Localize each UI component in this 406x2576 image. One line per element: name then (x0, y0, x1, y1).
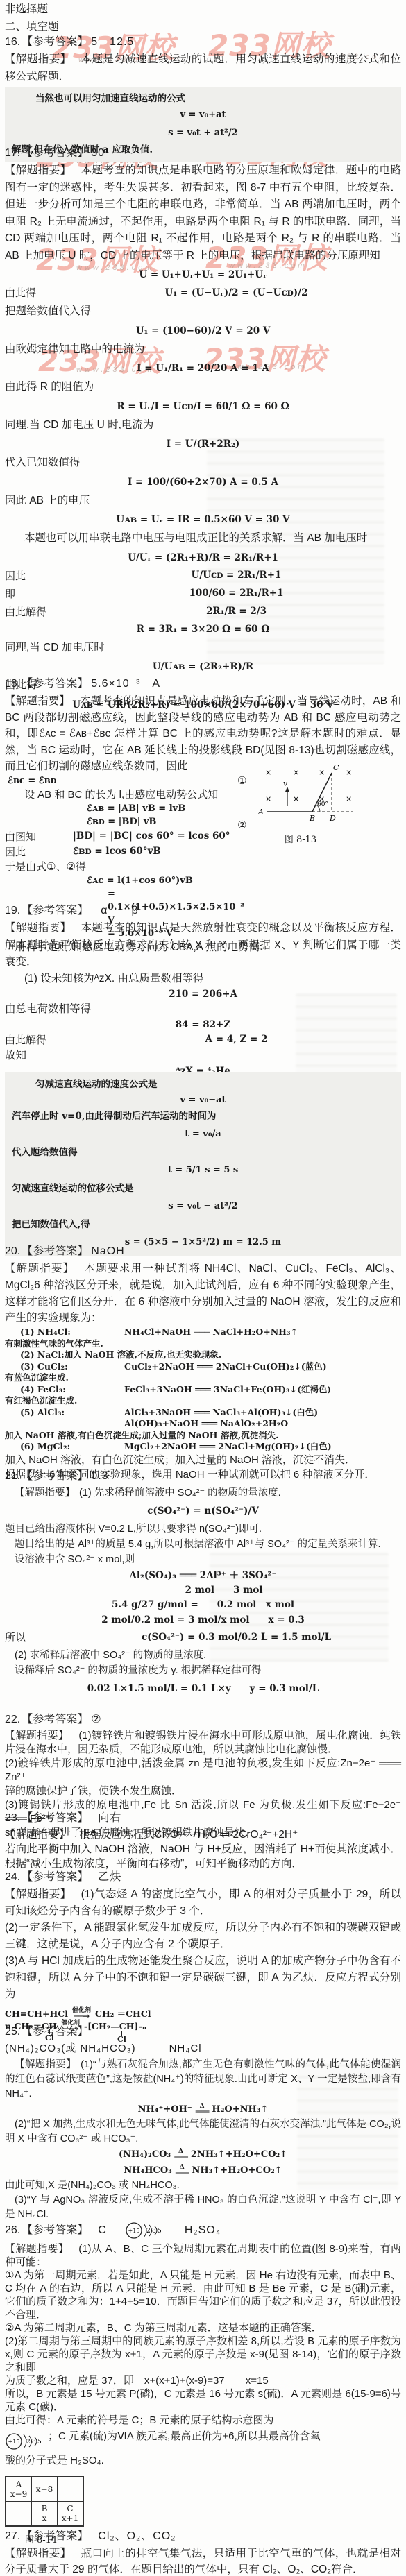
element-number: x−8 (33, 2484, 56, 2494)
section-q21: 21.【参考答案】0.3 【解题指要】(1) 先求稀释前溶液中 SO₄²⁻ 的物… (5, 1469, 401, 1699)
q22-guide: 【解题指要】(1)镀锌铁片和镀锡铁片浸在海水中可形成原电池，属电化腐蚀．纯铁片浸… (5, 1729, 401, 1757)
field-cross-icon: × (319, 768, 325, 777)
q21-text: 题目已给出溶液体积 V=0.2 L,所以只要求得 n(SO₄²⁻)即可. (5, 1521, 401, 1537)
formula: 100/60 = 2R₁/R+1 (71, 587, 401, 599)
answer-value: ② (91, 1714, 101, 1725)
shell-electrons: 8 (152, 2228, 156, 2235)
chem-equation: MgCl₂+2NaOH ═══ 2NaCl+Mg(OH)₂↓(白色) (124, 1441, 401, 1453)
answer-label: 【参考答案】 (22, 147, 88, 159)
formula: s = v₀t − at²/2 (12, 1197, 394, 1216)
q26-text: ②A 为第二周期元素，B、C 为第三周期元素．这是本题的正确答案． (5, 2321, 401, 2335)
species-label: (5) AlCl₃: (5, 1407, 124, 1419)
formula: U/Uᴀʙ = (2R₂+R)/R (5, 660, 401, 673)
guide-label: 【解题指要】 (5, 2243, 69, 2255)
formula: 0.02 L×1.5 mol/L = 0.1 L×y y = 0.3 mol/L (5, 1682, 401, 1695)
element-label: A (8, 2480, 30, 2489)
formula: t = 5/1 s = 5 s (12, 1161, 394, 1180)
equation-number-1: ① (237, 774, 246, 787)
q17-text: 同理,当 CD 加电压 U 时,电流为 (5, 417, 401, 434)
formula: ℰʙᴅ = lcos 60°vB (73, 845, 239, 858)
question-number: 16. (5, 36, 20, 48)
q17-text: 把题给数值代入得 (5, 303, 401, 321)
q21-text: (2) 求稀释后溶液中 SO₄²⁻ 的物质的量浓度. (5, 1648, 401, 1663)
q26-answer-line: 26.【参考答案】 C +15 2 8 5 H₂SO₄ (5, 2220, 401, 2241)
q27-guide: 【解题指要】瓶口向上的排空气集气法，只适用于比空气重的气体，也就是相对分子质量大… (5, 2545, 401, 2576)
answer-value: 5.6×10⁻³ A (91, 678, 160, 690)
q17-text: 同理,当 CD 加电压时 (5, 640, 401, 657)
formula: ℰʙᴅ = |BD| vB (5, 815, 239, 828)
rhs: NH₃↑+H₂O+CO₂↑ (192, 2163, 282, 2178)
answer-label: 【参考答案】 (22, 2223, 88, 2238)
q21-text: 设溶液中含 SO₄²⁻ x mol,则 (5, 1552, 401, 1567)
q17-answer-line: 17.【参考答案】30 (5, 146, 401, 161)
formula: I = U₁/R₁ = 20/20 A = 1 A (5, 362, 401, 375)
q19-text: 由总电荷数相等得 (5, 1002, 401, 1017)
formula: ℰᴀᴄ = l(1+cos 60°)vB (5, 874, 239, 887)
chem-equation: Al(OH)₃+NaOH ═══ NaAlO₂+2H₂O (5, 1418, 401, 1430)
stoichiometry-line: 5.4 g/27 g/mol = 0.2 mol x mol (5, 1598, 401, 1611)
delta-equals: Δ═══ (174, 2149, 187, 2160)
formula: U = U₁+Uᵣ+U₁ = 2U₁+Uᵣ (5, 268, 401, 281)
point-D-label: D (329, 814, 336, 823)
fig-8-13-diagram: × × × × × × × × v A B C D 60° (248, 763, 404, 827)
section-q19: 19.【参考答案】α β 【解题指要】本题考查的知识点是天然放射性衰变的概念以及… (5, 903, 401, 1092)
reaction-1: CH≡CH+HCl 催化剂──→ CH₂ ＝CHCl (5, 2007, 401, 2020)
box-text: 把已知数值代入,得 (12, 1216, 394, 1233)
answer-value: 0.3 (91, 1470, 108, 1482)
q18-text: 于是由式①、②得 (5, 860, 239, 874)
chem-equation: NH₄HCO₃ Δ═══ NH₃↑+H₂O+CO₂↑ (5, 2163, 401, 2178)
section-q24: 24.【参考答案】乙炔 【解题指要】(1)气态烃 A 的密度比空气小，即 A 的… (5, 1870, 401, 2050)
shell-electrons: 2 (26, 2439, 31, 2446)
q25-text: (3)“Y 与 AgNO₃ 溶液反应,生成不溶于稀 HNO₃ 的白色沉淀.”这说… (5, 2193, 401, 2222)
q18-text: 设 AB 和 BC 的长为 l,由感应电动势公式知 (5, 787, 239, 802)
q19-text: 故知 (5, 1048, 401, 1064)
formula-label: 由此解得 (5, 604, 71, 619)
q23-text: 若向此平衡中加入 NaOH 溶液，NaOH 与 H+反应，因消耗了 H+而使其浓… (5, 1842, 401, 1871)
question-number: 27. (5, 2530, 20, 2542)
formula: t = v₀/a (12, 1125, 394, 1144)
section-q27: 27.【参考答案】Cl₂、O₂、CO₂ 【解题指要】瓶口向上的排空气集气法，只适… (5, 2529, 401, 2576)
question-number: 26. (5, 2223, 20, 2238)
labeled-formula: 所以c(SO₄²⁻) = 0.3 mol/0.2 L = 1.5 mol/L (5, 1630, 401, 1644)
answer-label: 【参考答案】 (22, 1714, 88, 1725)
point-B-label: B (309, 814, 315, 823)
guide-text: (1) 先求稀释前溶液中 SO₄²⁻ 的物质的量浓度. (79, 1487, 281, 1499)
labeled-formula: 由此解得A = 4, Z = 2 (5, 1032, 401, 1047)
cell-B: Bx (32, 2502, 58, 2527)
field-cross-icon: × (293, 768, 299, 777)
field-cross-icon: × (346, 768, 352, 777)
formula: U₁ = (U−Uᵣ)/2 = (U−Uᴄᴅ)/2 (71, 287, 401, 299)
formula-label: 因此 (5, 844, 73, 859)
formula-label: 由此解得 (5, 1032, 71, 1047)
formula: U/Uᵣ = (2R₁+R)/R = 2R₁/R+1 (5, 552, 401, 564)
formula: ℰʙᴄ = ℰʙᴅ (5, 775, 239, 787)
section-q26: 26.【参考答案】 C +15 2 8 5 H₂SO₄ 【解题指要】(1)从 A… (5, 2220, 401, 2545)
labeled-formula: 因此ℰʙᴅ = lcos 60°vB (5, 844, 239, 859)
answer-value: NaOH (91, 1245, 124, 1257)
box-text: 当然也可以用匀加速直线运动的公式 (12, 91, 394, 106)
doc-subheading: 二、填空题 (5, 19, 401, 36)
formula: U₁ = (100−60)/2 V = 20 V (5, 325, 401, 337)
delta-equals: Δ═══ (196, 2104, 209, 2115)
nucleus-charge: +15 (8, 2439, 20, 2445)
cell-x8: x−8 (32, 2477, 58, 2502)
q17-text: 由此得 R 的阻值为 (5, 379, 401, 396)
answer-label: 【参考答案】 (22, 1871, 88, 1883)
guide-text: 根据反应方程式Cr₂O₇²⁻+H₂O ⇌ 2CrO₄²⁻+2H⁺ (79, 1829, 298, 1841)
q17-text: 代入已知数值得 (5, 454, 401, 472)
chem-equation: CuCl₂+2NaOH ═══ 2NaCl+Cu(OH)₂↓(蓝色) (124, 1361, 401, 1373)
shell-electrons: 2 (146, 2228, 151, 2235)
formula: v = v₀+at (12, 106, 394, 124)
observation: 有刺激性气味的气体产生. (5, 1338, 401, 1350)
observation: 有蓝色沉淀生成. (5, 1372, 401, 1384)
cell-C: Cx+1 (58, 2502, 84, 2527)
point-A-label: A (257, 808, 264, 817)
chem-equation: Al₂(SO₄)₃ ═══ 2Al³⁺ ＋ 3SO₄²⁻ (5, 1569, 401, 1582)
q26-text: 为质子数之和，应是 37．即 x+(x+1)+(x-9)=37 x=15 (5, 2374, 401, 2387)
answer-value: 30 (91, 147, 105, 159)
observation: 有红褐色沉淀生成. (5, 1395, 401, 1407)
field-cross-icon: × (265, 794, 271, 803)
q24-text: (3)A 与 HCl 加成后的生成物还能发生聚合反应，说明 A 的加成产物分子中… (5, 1953, 401, 2003)
q21-guide: 【解题指要】(1) 先求稀释前溶液中 SO₄²⁻ 的物质的量浓度. (5, 1485, 401, 1501)
formula: c(SO₄²⁻) = 0.3 mol/0.2 L = 1.5 mol/L (71, 1631, 401, 1644)
field-cross-icon: × (293, 794, 299, 803)
q20-item: (4) FeCl₃:FeCl₃+3NaOH ═══ 3NaCl+Fe(OH)₃↓… (5, 1384, 401, 1396)
rhs: 2NH₃↑+H₂O+CO₂↑ (191, 2147, 287, 2163)
q25-answer-line: 25.【参考答案】 (5, 2024, 401, 2040)
field-cross-icon: × (265, 768, 271, 777)
answer-value: α β (101, 905, 138, 916)
q22-text: (2)镀锌铁片形成的原电池中,活泼金属 zn 是电池的负极,发生如下反应:Zn−… (5, 1757, 401, 1784)
q26-text: (2)第二周期与第三周期中的同族元素的原子序数相差 8,所以,若设 B 元素的原… (5, 2335, 401, 2374)
q17-text: 本题也可以用串联电路中电压与电阻成正比的关系求解．当 AB 加电压时 (5, 530, 401, 547)
labeled-formula: 由图知|BD| = |BC| cos 60° = lcos 60° (5, 829, 239, 844)
guide-label: 【解题指要】 (5, 922, 71, 934)
formula: s = v₀t + at²/2 (12, 124, 394, 142)
answer-value: Cl₂、O₂、CO₂ (98, 2530, 176, 2542)
q20-item: (6) MgCl₂:MgCl₂+2NaOH ═══ 2NaCl+Mg(OH)₂↓… (5, 1441, 401, 1453)
answer-label: 【参考答案】 (22, 1470, 88, 1482)
q24-guide: 【解题指要】(1)气态烃 A 的密度比空气小，即 A 的相对分子质量小于 29，… (5, 1886, 401, 1920)
atom-structure-diagram: +15 2 8 5 (125, 2219, 165, 2242)
section-header: 非选择题 二、填空题 (5, 1, 401, 35)
question-number: 21. (5, 1470, 20, 1482)
answer-value: 乙炔 (98, 1871, 121, 1883)
field-cross-icon: × (346, 794, 352, 803)
question-number: 25. (5, 2026, 20, 2038)
answer-label: 【参考答案】 (22, 36, 88, 48)
guide-label: 【解题指要】 (5, 164, 71, 176)
box-text: 代入题给数值得 (12, 1144, 394, 1161)
formula: R = Uᵣ/I = Uᴄᴅ/I = 60/1 Ω = 60 Ω (5, 400, 401, 413)
q20-guide: 【解题指要】本题要求用一种试剂将 NH4Cl、NaCl、CuCl₂、FeCl₃、… (5, 1261, 401, 1327)
formula: A = 4, Z = 2 (71, 1033, 401, 1046)
chem-equation: FeCl₃+3NaOH ═══ 3NaCl+Fe(OH)₃↓(红褐色) (124, 1384, 401, 1396)
q18-answer-line: 18.【参考答案】5.6×10⁻³ A (5, 676, 401, 692)
doc-heading: 非选择题 (5, 1, 401, 19)
chem-equation: NH₄⁺+OH⁻ Δ═══ H₂O+NH₃↑ (5, 2101, 401, 2117)
guide-label: 【解题指要】 (15, 1487, 75, 1499)
q25-guide: 【解题指要】(1)“与熟石灰混合加热,都产生无色有刺激性气味的气体,此气体能使湿… (5, 2058, 401, 2101)
formula: I = 100/(60+2×70) A = 0.5 A (5, 476, 401, 488)
equals-bar: ═══ (176, 2170, 189, 2176)
guide-label: 【解题指要】 (5, 695, 70, 707)
q25-text: 由此可知,X 是(NH₄)₂CO₃ 或 NH₄HCO₃. (5, 2178, 401, 2193)
q17-guide: 【解题指要】本题考查的知识点是串联电路的分压原理和欧姆定律．题中的电路图有一定的… (5, 162, 401, 264)
formula: c(SO₄²⁻) = n(SO₄²⁻)/V (5, 1505, 401, 1517)
equals-bar: ═══ (196, 2109, 209, 2115)
question-number: 22. (5, 1714, 20, 1725)
formula: 210 = 206+A (5, 988, 401, 1000)
section-q16: 16.【参考答案】5 12.5 【解题指要】本题是匀减速直线运动的试题．用匀减速… (5, 35, 401, 162)
q26-guide: 【解题指要】(1)从 A、B、C 三个短周期元素在周期表中的位置(图 8-9)来… (5, 2242, 401, 2269)
q18-guide: 【解题指要】本题考查的知识点是感应电动势和右手定则．当导线运动时，AB 和 BC… (5, 693, 401, 775)
q25-answer-values: (NH₄)₂CO₃(或 NH₄HCO₃) NH₄Cl (5, 2041, 401, 2056)
shell-electrons: 5 (158, 2228, 162, 2235)
q26-text: 酸的分子式是 H₂SO₄. (5, 2453, 401, 2468)
observation: 加入 NaOH 溶液，有白色沉淀生成；加入过量的 NaOH 溶液，沉淀不消失． (5, 1453, 401, 1467)
q20-item: (1) NH₄Cl:NH₄Cl+NaOH ═══ NaCl+H₂O+NH₃↑ (5, 1327, 401, 1338)
q26-text: 由此可得：A 元素的符号是 C；B 元素的原子结构示意图为 (5, 2414, 401, 2427)
point-C-label: C (333, 763, 339, 772)
labeled-formula: 由此解得2R₁/R = 2/3 (5, 604, 401, 619)
labeled-formula: 由此得U₁ = (U−Uᵣ)/2 = (U−Uᴄᴅ)/2 (5, 285, 401, 300)
box-text: 匀减速直线运动的位移公式是 (12, 1180, 394, 1197)
shell-electrons: 8 (32, 2439, 36, 2446)
formula-label: 所以 (5, 1630, 71, 1644)
page: 233网校 233网校 www.233.com www.233.com 233网… (0, 0, 406, 2576)
formula: R = 3R₁ = 3×20 Ω = 60 Ω (5, 623, 401, 636)
q21-text: 设稀释后 SO₄²⁻ 的物质的量浓度为 y. 根据稀释定律可得 (5, 1663, 401, 1678)
q20-item: (5) AlCl₃:AlCl₃+3NaOH ═══ NaCl₃+Al(OH)₃↓… (5, 1407, 401, 1419)
q26-atom-row: +15 2 8 5 ；C 元素(硫)为ⅥA 族元素,最高正价为+6,所以其最高价… (5, 2430, 401, 2453)
q22-text: 锌的腐蚀保护了铁，使铁不发生腐蚀． (5, 1784, 401, 1798)
cell-empty (6, 2502, 32, 2527)
cell-empty (58, 2477, 84, 2502)
answer-label: 【参考答案】 (22, 1245, 88, 1257)
section-q23: 23.【参考答案】向右 【解题指要】根据反应方程式Cr₂O₇²⁻+H₂O ⇌ 2… (5, 1811, 401, 1871)
q23-answer-line: 23.【参考答案】向右 (5, 1811, 401, 1826)
q16-guide: 【解题指要】本题是匀减速直线运动的试题．用匀减速直线运动的速度公式和位移公式解题… (5, 51, 401, 85)
q20-item: (3) CuCl₂:CuCl₂+2NaOH ═══ 2NaCl+Cu(OH)₂↓… (5, 1361, 401, 1373)
question-number: 20. (5, 1245, 20, 1257)
q24-answer-line: 24.【参考答案】乙炔 (5, 1870, 401, 1885)
rhs: H₂O+NH₃↑ (212, 2101, 268, 2117)
answer-value: 5 12.5 (91, 36, 134, 48)
species-label: (3) CuCl₂: (5, 1361, 124, 1373)
q17-text: 由欧姆定律知电路中的电流为 (5, 341, 401, 359)
arrow-icon: ──→ (74, 2013, 90, 2020)
atom-structure-diagram: +15 2 8 5 (5, 2430, 45, 2453)
fig-8-13: × × × × × × × × v A B C D 60° 图 8-13 (248, 763, 404, 845)
q19-text: (1) 设未知核为ᴬᴢX. 由总质量数相等得 (5, 971, 401, 987)
section-q17: 17.【参考答案】30 【解题指要】本题考查的知识点是串联电路的分压原理和欧姆定… (5, 146, 401, 715)
species-label: (6) MgCl₂: (5, 1441, 124, 1453)
question-number: 19. (5, 905, 20, 916)
answer-label: 【参考答案】 (22, 2530, 88, 2542)
formula: ℰᴀʙ = |AB| vB = lvB (5, 802, 239, 815)
q27-answer-line: 27.【参考答案】Cl₂、O₂、CO₂ (5, 2529, 401, 2544)
labeled-formula: 即100/60 = 2R₁/R+1 (5, 586, 401, 601)
section-q20: 20.【参考答案】NaOH 【解题指要】本题要求用一种试剂将 NH4Cl、NaC… (5, 1244, 401, 1482)
q26-text: 所以，B 元素是 15 号元素 P(磷)，C 元素是 16 号元素 s(硫)．A… (5, 2387, 401, 2414)
q25-text: (2)“把 X 加热,生成水和无色无味气体,此气体能使澄清的石灰水变浑浊.”此气… (5, 2117, 401, 2147)
formula-label: 由此得 (5, 285, 71, 300)
question-number: 18. (5, 678, 20, 690)
box-text: 匀减速直线运动的速度公式是 (12, 1076, 394, 1093)
element-label: C (59, 2504, 81, 2514)
shell-electrons: 5 (37, 2439, 42, 2446)
q19-scan-box: 匀减速直线运动的速度公式是 v = v₀−at 汽车停止时 v=0,由此得制动后… (5, 1072, 401, 1256)
formula-label: 因此 (5, 568, 71, 583)
guide-label: 【解题指要】 (5, 1730, 69, 1741)
stoichiometry-line: 2 mol 3 mol (5, 1584, 401, 1596)
lhs: NH₄HCO₃ (124, 2163, 172, 2178)
fig-8-13-caption: 图 8-13 (248, 832, 353, 845)
formula: I = U/(R+2R₂) (5, 438, 401, 450)
formula-label: 即 (5, 586, 71, 601)
lhs: (NH₄)₂CO₃ (119, 2147, 171, 2163)
answer-value: (NH₄)₂CO₃(或 NH₄HCO₃) NH₄Cl (5, 2042, 202, 2054)
q19-guide: 【解题指要】本题考查的知识点是天然放射性衰变的概念以及平衡核反应方程．解本题时先… (5, 920, 401, 971)
product: CH₂ ＝CHCl (95, 2007, 151, 2020)
element-label: B (33, 2504, 56, 2514)
lhs: NH₄⁺+OH⁻ (138, 2101, 192, 2117)
formula: v = v₀−at (12, 1093, 394, 1108)
cell-A: Ax−9 (6, 2477, 32, 2502)
question-number: 24. (5, 1871, 20, 1883)
q24-text: (2)一定条件下，A 能跟氯化氢发生加成反应，所以分子内必有不饱和的碳碳双键或三… (5, 1920, 401, 1953)
element-number: x+1 (59, 2514, 81, 2523)
guide-label: 【解题指要】 (5, 1829, 69, 1841)
stoichiometry-line: 2 mol/0.2 mol = 3 mol/x mol x = 0.3 (5, 1614, 401, 1626)
answer-label: 【参考答案】 (22, 905, 88, 916)
answer-label: 【参考答案】 (22, 678, 88, 690)
box-text: 汽车停止时 v=0,由此得制动后汽车运动的时间为 (12, 1108, 394, 1125)
guide-label: 【解题指要】 (15, 2059, 76, 2070)
q22-answer-line: 22.【参考答案】② (5, 1712, 401, 1728)
species-label: (4) FeCl₃: (5, 1384, 124, 1396)
q26-text: ；C 元素(硫)为ⅥA 族元素,最高正价为+6,所以其最高价含氧 (48, 2430, 401, 2443)
answer-label: 【参考答案】 (22, 1812, 88, 1824)
delta-equals: Δ═══ (176, 2165, 189, 2176)
answer-formula: H₂SO₄ (185, 2223, 221, 2238)
labeled-formula: 因此U/Uᴄᴅ = 2R₁/R+1 (5, 568, 401, 583)
equation-number-2: ② (237, 819, 246, 831)
observation: 加入 NaOH 溶液,有白色沉淀生成;加入过量的 NaOH 溶液,沉淀消失. (5, 1430, 401, 1442)
equals-bar: ═══ (174, 2154, 187, 2160)
question-number: 23. (5, 1812, 20, 1824)
section-q25: 25.【参考答案】 (NH₄)₂CO₃(或 NH₄HCO₃) NH₄Cl 【解题… (5, 2024, 401, 2222)
guide-label: 【解题指要】 (5, 1263, 75, 1274)
q26-text: ①A 为第一周期元素．若是如此，A 只能是 H 元素．因 He 右边没有元素，而… (5, 2269, 401, 2321)
formula: |BD| = |BC| cos 60° = lcos 60° (73, 830, 239, 842)
chem-equation: (NH₄)₂CO₃ Δ═══ 2NH₃↑+H₂O+CO₂↑ (5, 2147, 401, 2163)
nucleus-charge: +15 (128, 2228, 139, 2234)
q23-guide: 【解题指要】根据反应方程式Cr₂O₇²⁻+H₂O ⇌ 2CrO₄²⁻+2H⁺ (5, 1827, 401, 1842)
chem-equation: AlCl₃+3NaOH ═══ NaCl₃+Al(OH)₃↓(白色) (124, 1407, 401, 1419)
q17-text: 因此 AB 上的电压 (5, 493, 401, 510)
formula: U/Uᴄᴅ = 2R₁/R+1 (71, 569, 401, 581)
q16-answer-line: 16.【参考答案】5 12.5 (5, 35, 401, 50)
guide-label: 【解题指要】 (5, 1888, 71, 1900)
chem-equation: NH₄Cl+NaOH ═══ NaCl+H₂O+NH₃↑ (124, 1327, 401, 1338)
species-label: (1) NH₄Cl: (5, 1327, 124, 1338)
formula: Uᴀʙ = Uᵣ = IR = 0.5×60 V = 30 V (5, 513, 401, 526)
guide-text: 本题考查的知识点是串联电路的分压原理和欧姆定律．题中的电路图有一定的迷惑性，考生… (5, 164, 401, 262)
answer-label: 【参考答案】 (22, 2026, 88, 2038)
answer-value: 向右 (98, 1812, 121, 1824)
formula: 84 = 82+Z (5, 1018, 401, 1031)
q21-answer-line: 21.【参考答案】0.3 (5, 1469, 401, 1484)
catalyst-arrow: 催化剂──→ (72, 2008, 91, 2020)
q20-answer-line: 20.【参考答案】NaOH (5, 1244, 401, 1259)
velocity-label: v (283, 779, 288, 788)
fig-8-14-table: Ax−9 x−8 Bx Cx+1 (5, 2476, 84, 2527)
q20-item: (2) NaCl:加入 NaOH 溶液,不反应,也无实验现象. (5, 1349, 401, 1361)
formula-label: 由图知 (5, 829, 73, 844)
answer-value: C (98, 2223, 107, 2238)
guide-label: 【解题指要】 (5, 53, 71, 65)
guide-label: 【解题指要】 (5, 2548, 71, 2559)
element-number: x (33, 2514, 56, 2523)
q19-answer-line: 19.【参考答案】α β (5, 903, 401, 919)
q21-text: 题目给出的是 Al³⁺的质量 5.4 g,所以可根据溶液中 Al³⁺与 SO₄²… (5, 1537, 401, 1552)
formula: 2R₁/R = 2/3 (71, 605, 401, 617)
element-number: x−9 (8, 2489, 30, 2499)
reactant: CH≡CH+HCl (5, 2008, 68, 2019)
question-number: 17. (5, 147, 20, 159)
